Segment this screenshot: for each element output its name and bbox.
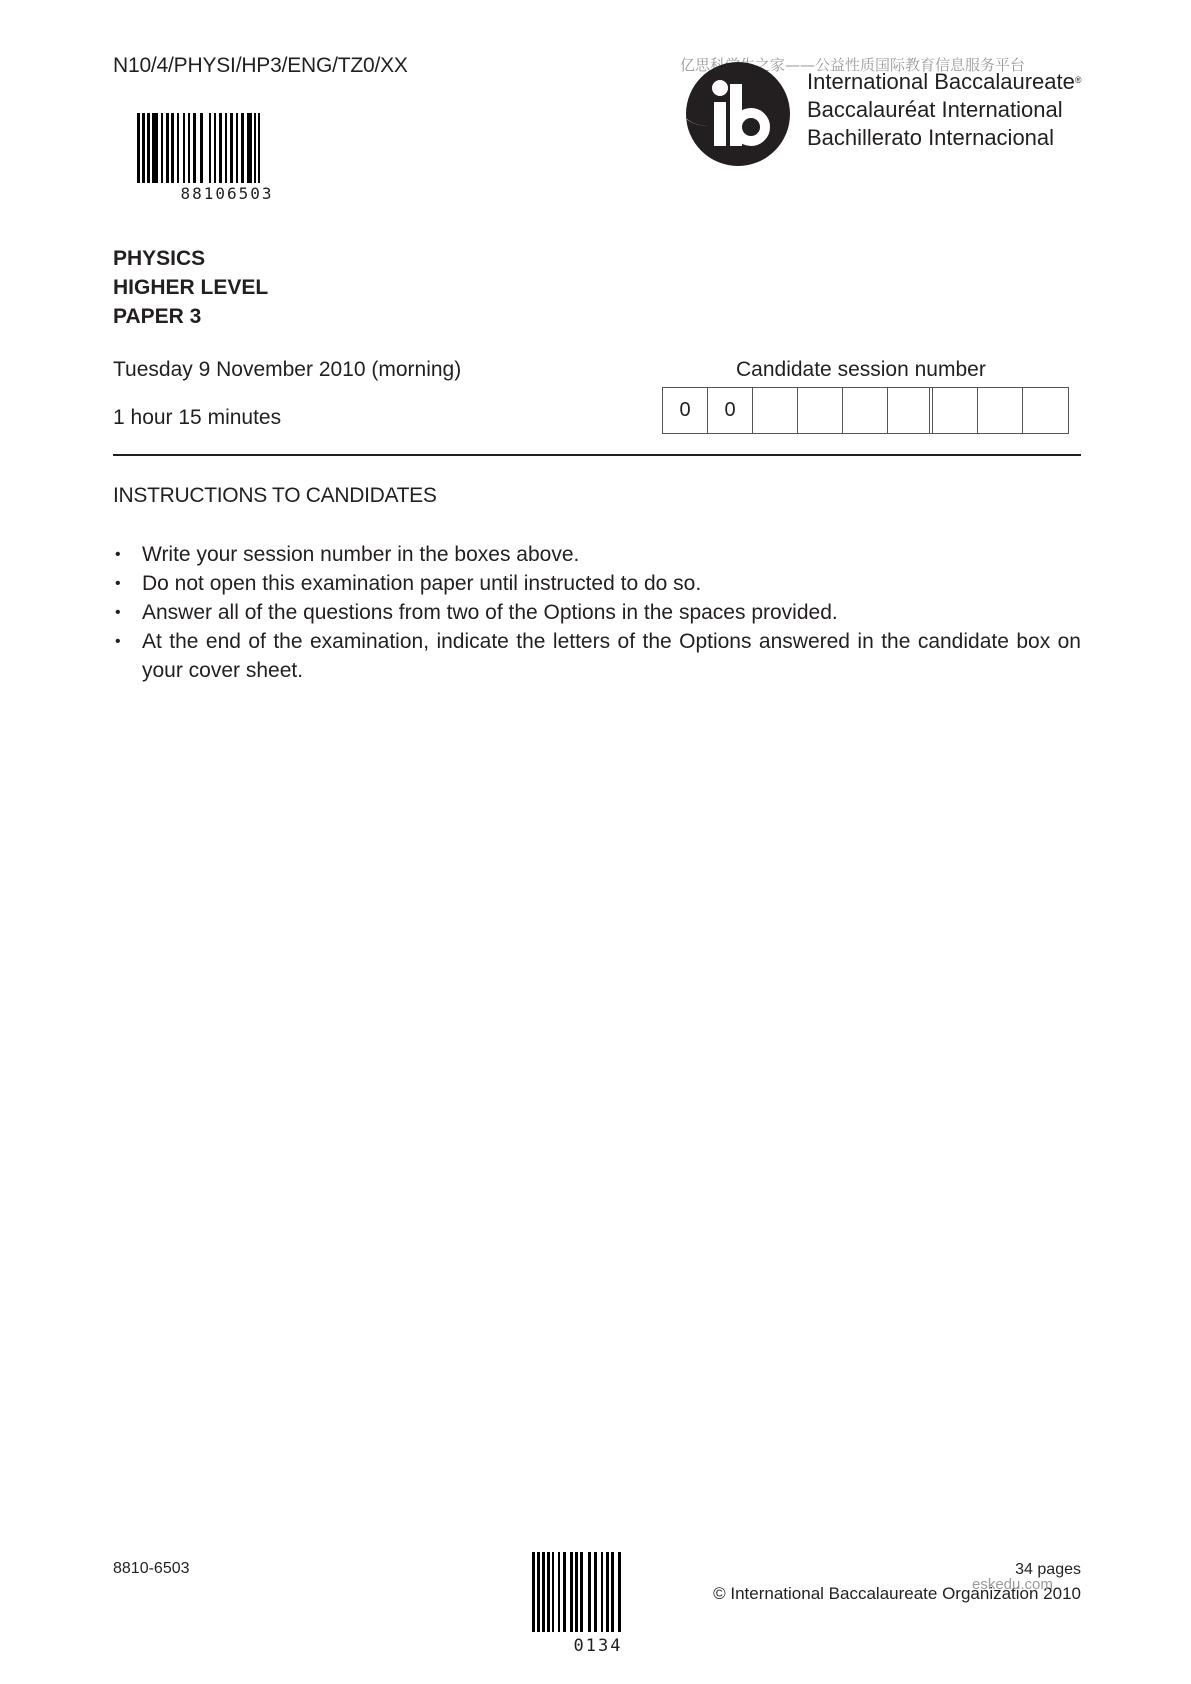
brand-names: International Baccalaureate® Baccalauréa… xyxy=(807,68,1082,152)
exam-date: Tuesday 9 November 2010 (morning) xyxy=(113,358,461,382)
brand-name-es: Bachillerato Internacional xyxy=(807,124,1082,152)
top-barcode-number: 88106503 xyxy=(137,184,317,203)
instructions-list: Write your session number in the boxes a… xyxy=(113,540,1081,685)
bottom-barcode-number: 0134 xyxy=(532,1636,664,1656)
session-box[interactable] xyxy=(798,388,843,433)
ib-logo-icon xyxy=(686,62,790,166)
instruction-item: Write your session number in the boxes a… xyxy=(113,540,1081,569)
footer-watermark: eskedu.com xyxy=(972,1576,1053,1593)
brand-name-en: International Baccalaureate xyxy=(807,69,1075,94)
exam-duration: 1 hour 15 minutes xyxy=(113,406,281,430)
session-box[interactable] xyxy=(843,388,888,433)
candidate-session-label: Candidate session number xyxy=(736,358,986,382)
brand-name-fr: Baccalauréat International xyxy=(807,96,1082,124)
subject-line: HIGHER LEVEL xyxy=(113,273,268,302)
instructions-title: INSTRUCTIONS TO CANDIDATES xyxy=(113,484,437,508)
session-box[interactable]: 0 xyxy=(663,388,708,433)
paper-code: N10/4/PHYSI/HP3/ENG/TZ0/XX xyxy=(113,54,408,78)
bottom-barcode xyxy=(532,1552,621,1632)
session-box[interactable] xyxy=(1023,388,1068,433)
subject-line: PAPER 3 xyxy=(113,302,268,331)
candidate-session-boxes: 0 0 xyxy=(662,387,1069,434)
instruction-item: Do not open this examination paper until… xyxy=(113,569,1081,598)
session-box[interactable]: 0 xyxy=(708,388,753,433)
subject-title: PHYSICS HIGHER LEVEL PAPER 3 xyxy=(113,244,268,331)
session-box[interactable] xyxy=(978,388,1023,433)
subject-line: PHYSICS xyxy=(113,244,268,273)
instruction-item: At the end of the examination, indicate … xyxy=(113,627,1081,685)
footer-code: 8810-6503 xyxy=(113,1560,190,1578)
instruction-item: Answer all of the questions from two of … xyxy=(113,598,1081,627)
divider xyxy=(113,454,1081,456)
session-box[interactable] xyxy=(753,388,798,433)
session-box[interactable] xyxy=(933,388,978,433)
session-box[interactable] xyxy=(888,388,933,433)
top-barcode xyxy=(137,113,260,183)
registered-mark: ® xyxy=(1075,75,1082,85)
